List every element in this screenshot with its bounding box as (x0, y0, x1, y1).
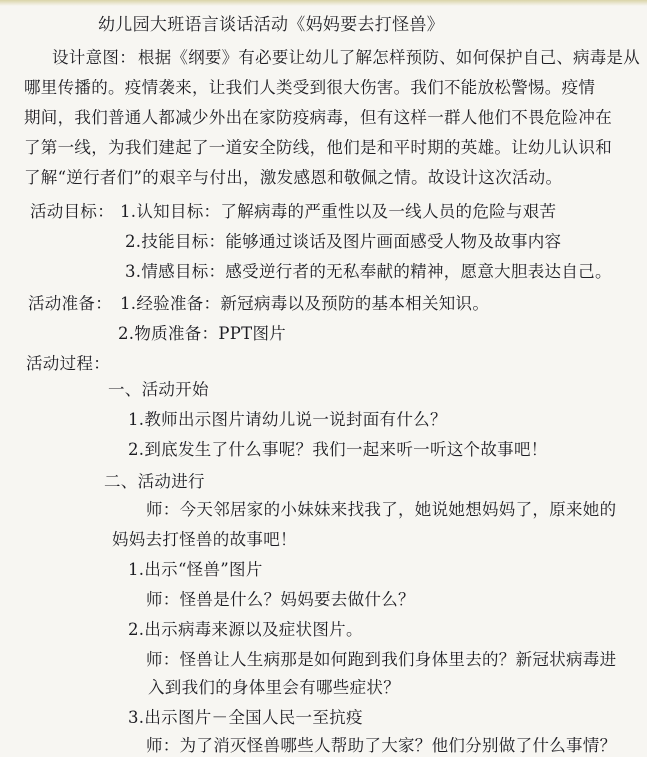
goal-item: 2.技能目标：能够通过谈话及图片画面感受人物及故事内容 (125, 228, 561, 252)
goals-label: 活动目标： (30, 198, 114, 222)
teacher-line: 师：怪兽让人生病那是如何跑到我们身体里去的？新冠状病毒进 (146, 646, 616, 670)
design-intent-label: 设计意图： (52, 44, 136, 68)
teacher-line: 妈妈去打怪兽的故事吧！ (112, 526, 297, 550)
step-item: 1.出示“怪兽”图片 (128, 556, 263, 580)
teacher-line: 入到我们的身体里会有哪些症状？ (148, 674, 400, 698)
preparation-item: 1.经验准备：新冠病毒以及预防的基本相关知识。 (120, 290, 489, 314)
design-intent-line: 了第一线，为我们建起了一道安全防线，他们是和平时期的英雄。让幼儿认识和 (24, 134, 612, 158)
document-title: 幼儿园大班语言谈话活动《妈妈要去打怪兽》 (98, 10, 444, 35)
process-label: 活动过程： (26, 350, 110, 374)
handwritten-document: 幼儿园大班语言谈话活动《妈妈要去打怪兽》 设计意图： 根据《纲要》有必要让幼儿了… (0, 0, 647, 757)
process-item: 2.到底发生了什么事呢？我们一起来听一听这个故事吧！ (128, 436, 548, 460)
design-intent-line: 了解“逆行者们”的艰辛与付出，激发感恩和敬佩之情。故设计这次活动。 (24, 164, 562, 188)
process-item: 1.教师出示图片请幼儿说一说封面有什么？ (128, 406, 447, 430)
design-intent-line: 期间，我们普通人都减少外出在家防疫病毒，但有这样一群人他们不畏危险冲在 (24, 104, 612, 128)
section-heading: 二、活动进行 (104, 468, 205, 492)
teacher-line: 师：为了消灭怪兽哪些人帮助了大家？他们分别做了什么事情？ (146, 732, 616, 756)
section-heading: 一、活动开始 (108, 376, 209, 400)
goal-item: 3.情感目标：感受逆行者的无私奉献的精神，愿意大胆表达自己。 (125, 258, 612, 282)
step-item: 3.出示图片－全国人民一至抗疫 (128, 704, 363, 728)
design-intent-line: 哪里传播的。疫情袭来，让我们人类受到很大伤害。我们不能放松警惕。疫情 (24, 74, 595, 98)
step-item: 2.出示病毒来源以及症状图片。 (128, 616, 363, 640)
goal-item: 1.认知目标：了解病毒的严重性以及一线人员的危险与艰苦 (120, 198, 556, 222)
preparation-item: 2.物质准备：PPT图片 (118, 320, 286, 344)
design-intent-line: 根据《纲要》有必要让幼儿了解怎样预防、如何保护自己、病毒是从 (138, 44, 640, 68)
teacher-line: 师：怪兽是什么？妈妈要去做什么？ (146, 586, 415, 610)
preparation-label: 活动准备： (28, 290, 112, 314)
teacher-line: 师：今天邻居家的小妹妹来找我了，她说她想妈妈了，原来她的 (146, 496, 616, 520)
